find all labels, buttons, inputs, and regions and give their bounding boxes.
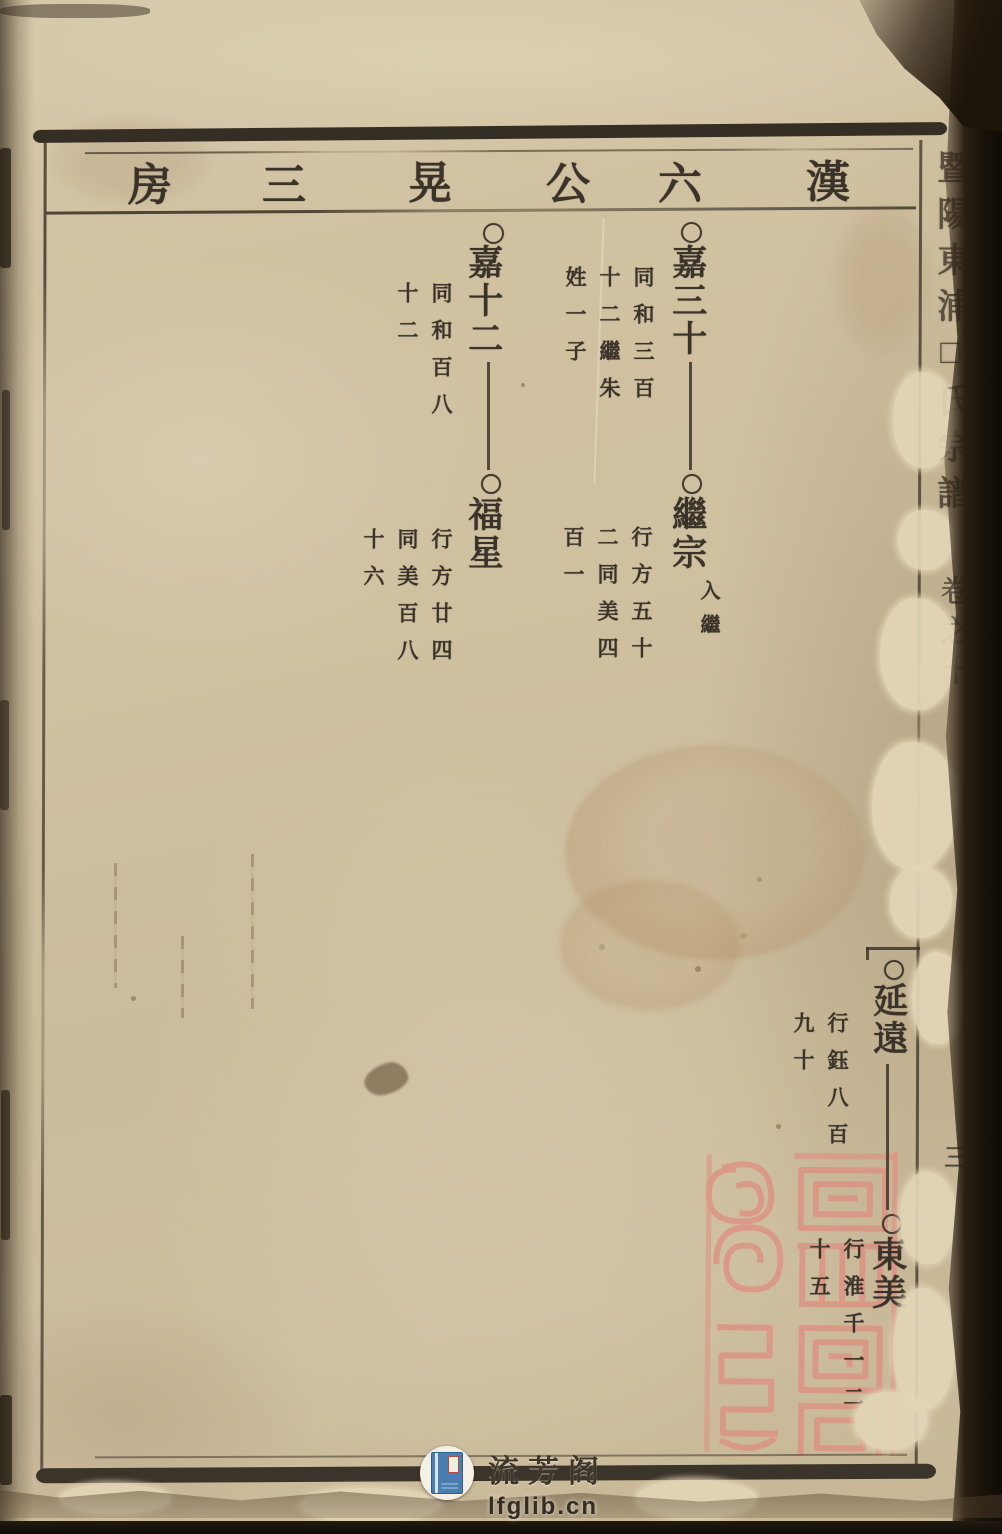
bleed-through-line <box>114 863 117 988</box>
page-bottom-edge <box>0 1521 1002 1534</box>
note-line: 行方五十 <box>624 526 658 726</box>
header-char-fang: 房 <box>128 164 172 208</box>
entry-annotation: 行淮千一二 十五 <box>802 1238 870 1443</box>
entry-annotation: 行方五十 二同美四 百一 <box>556 526 658 726</box>
connector-tick <box>866 947 869 960</box>
ancestor-name: 東美 <box>868 1236 905 1331</box>
watermark-badge <box>420 1446 474 1500</box>
note-line: 同和百八 <box>424 282 458 482</box>
header-char-gong: 公 <box>546 163 590 207</box>
header-char-huang: 晃 <box>408 162 452 206</box>
watermark-site-url: lfglib.cn <box>488 1493 608 1521</box>
note-line: 百一 <box>556 526 590 726</box>
lineage-node-icon <box>884 960 904 980</box>
ancestor-name: 延遠 <box>869 982 906 1072</box>
book-icon <box>431 1452 463 1494</box>
watermark-site-name: 流芳阁 <box>488 1446 608 1491</box>
lineage-node-icon <box>481 474 501 494</box>
header-separator <box>46 206 916 214</box>
note-line: 同美百八 <box>390 528 424 728</box>
adoption-tag: 入繼 <box>694 580 723 665</box>
note-line: 二同美四 <box>590 526 624 726</box>
gutter-mark <box>0 1395 12 1485</box>
note-line: 姓一子 <box>558 266 592 466</box>
lineage-node-icon <box>882 1214 902 1234</box>
note-line: 行方廿四 <box>424 528 458 728</box>
genealogy-page-scan: 漢 六 公 晃 三 房 嘉三十 繼宗 入繼 同和三百 十二繼朱 姓一子 行方五十… <box>0 0 1002 1534</box>
header-char-han: 漢 <box>806 161 850 205</box>
descent-line <box>886 1064 889 1210</box>
note-line: 十二 <box>390 282 424 482</box>
ancestor-name: 福星 <box>464 496 501 586</box>
header-char-san: 三 <box>262 164 306 208</box>
ink-smudge <box>360 1058 411 1100</box>
ancestor-name: 嘉十二 <box>464 244 501 374</box>
frame-left <box>40 140 46 1470</box>
gutter-mark <box>2 390 10 530</box>
gutter-mark <box>0 148 11 268</box>
descent-line <box>689 362 692 470</box>
descent-line <box>487 362 490 470</box>
note-line: 九十 <box>786 1012 820 1212</box>
lineage-node-icon <box>681 222 702 243</box>
corner-stain <box>835 205 930 355</box>
book-edge-top-right <box>828 0 1002 132</box>
lineage-node-icon <box>483 223 504 244</box>
frame-top-thick <box>33 122 947 143</box>
note-line: 十五 <box>802 1238 836 1443</box>
note-line: 同和三百 <box>626 266 660 466</box>
ancestor-name: 繼宗 <box>668 496 705 586</box>
note-line: 十二繼朱 <box>592 266 626 466</box>
note-line: 十六 <box>356 528 390 728</box>
bleed-through-line <box>181 936 184 1018</box>
entry-annotation: 同和三百 十二繼朱 姓一子 <box>558 266 660 466</box>
water-stain-small <box>560 880 740 1010</box>
entry-annotation: 行方廿四 同美百八 十六 <box>356 528 458 728</box>
connector-line <box>866 947 920 950</box>
note-line: 行鈺八百 <box>820 1012 854 1212</box>
header-char-liu: 六 <box>658 163 702 207</box>
note-line: 行淮千一二 <box>836 1238 870 1443</box>
site-watermark: 流芳阁 lfglib.cn <box>420 1446 608 1521</box>
gutter-mark <box>1 1090 10 1240</box>
water-stain-large <box>565 745 865 960</box>
bleed-through-line <box>251 854 254 1009</box>
top-edge-mark <box>0 4 150 18</box>
entry-annotation: 同和百八 十二 <box>390 282 458 482</box>
frame-top-thin <box>85 148 913 154</box>
entry-annotation: 行鈺八百 九十 <box>786 1012 854 1212</box>
gutter-mark <box>0 700 9 810</box>
lineage-node-icon <box>682 474 702 494</box>
ancestor-name: 嘉三十 <box>668 244 705 374</box>
